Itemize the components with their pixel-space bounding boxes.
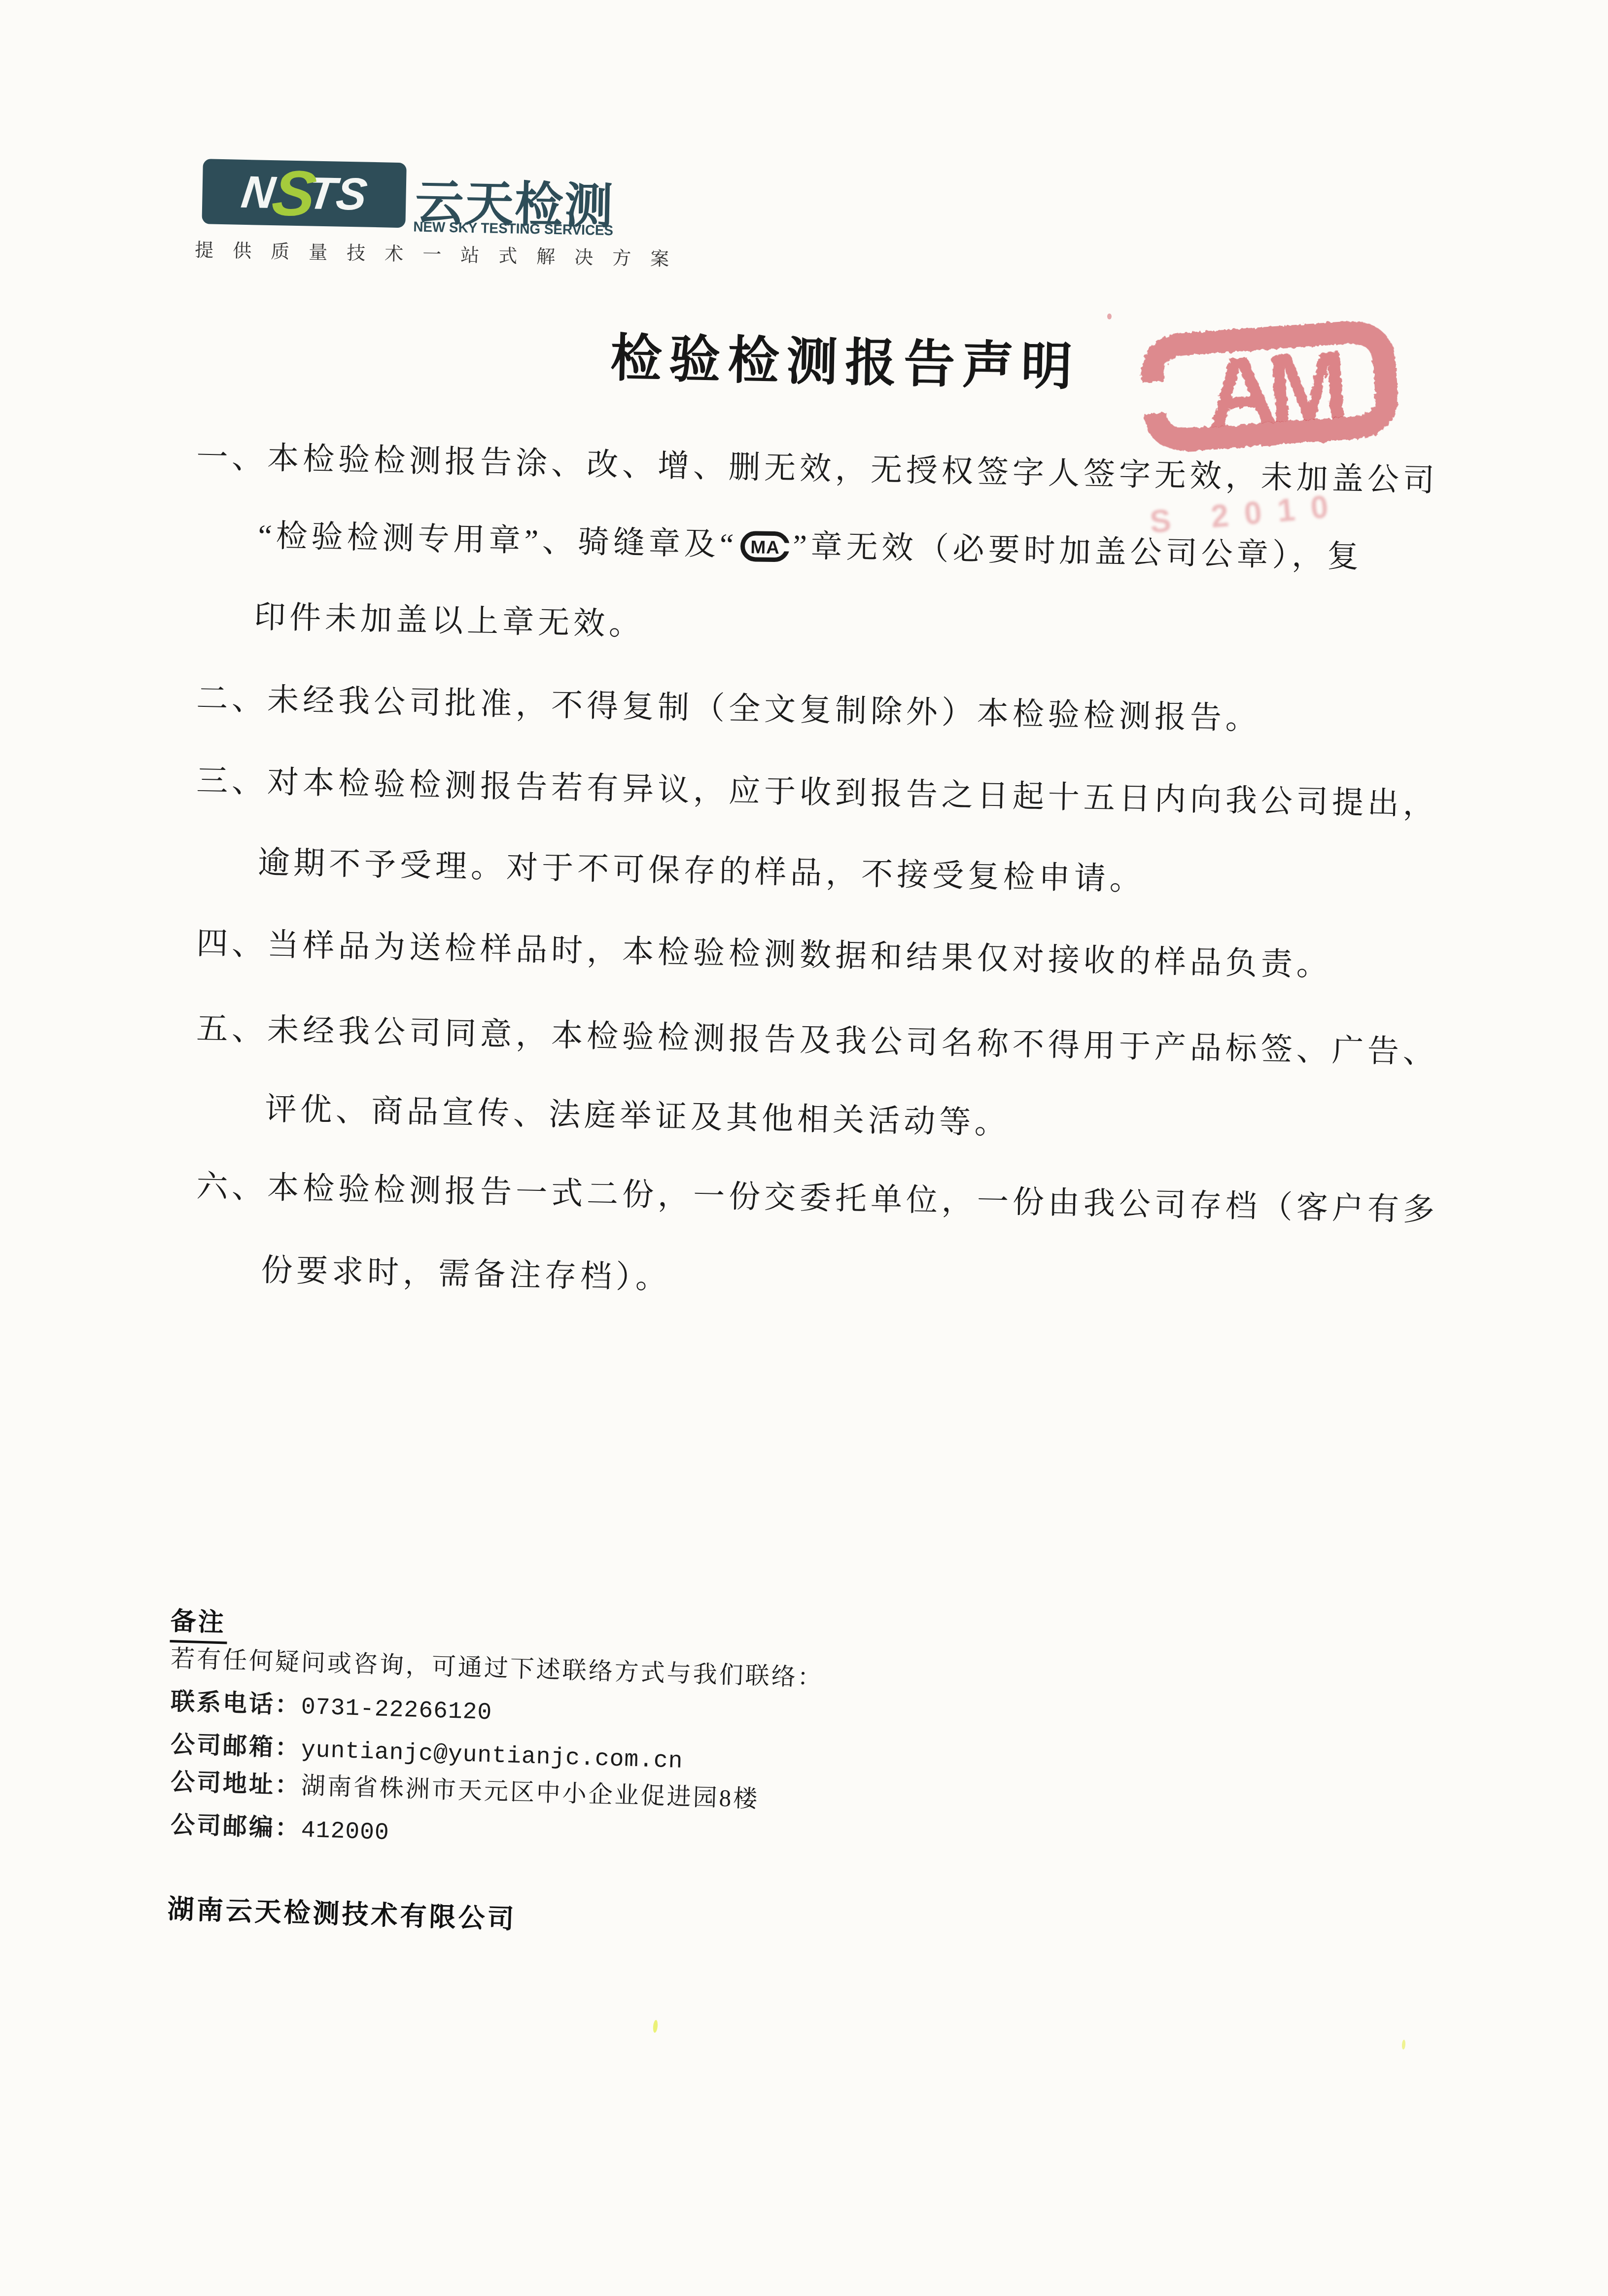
stamp-letters: AM <box>1202 330 1354 448</box>
contact-email: 公司邮箱：yuntianjc@yuntianjc.com.cn <box>170 1730 683 1776</box>
page-title: 检验检测报告声明 <box>610 316 1081 399</box>
address-value: 湖南省株洲市天元区中小企业促进园8楼 <box>301 1772 760 1813</box>
email-label: 公司邮箱： <box>170 1731 302 1762</box>
postcode-label: 公司邮编： <box>170 1811 302 1842</box>
company-name: 湖南云天检测技术有限公司 <box>167 1888 517 1936</box>
cma-seal-letters: MA <box>745 536 786 558</box>
scanned-report-statement-page: NSTS 云天检测 NEW SKY TESTING SERVICES 提供质量技… <box>0 0 1608 2296</box>
cma-seal-icon: MA <box>740 531 790 562</box>
scan-speck-red <box>1107 313 1112 319</box>
notes-intro: 若有任何疑问或咨询，可通过下述联络方式与我们联络： <box>170 1644 824 1692</box>
phone-label: 联系电话： <box>170 1688 302 1719</box>
nsts-logo-badge: NSTS <box>202 159 406 228</box>
statement-4: 四、当样品为送检样品时，本检验检测数据和结果仅对接收的样品负责。 <box>196 925 1332 983</box>
statement-5-line-2: 评优、商品宣传、法庭举证及其他相关活动等。 <box>265 1091 1011 1142</box>
scan-speck-yellow-2 <box>1401 2040 1405 2050</box>
logo-tagline: 提供质量技术一站式解决方案 <box>195 235 689 271</box>
statement-1-line-3: 印件未加盖以上章无效。 <box>254 599 645 643</box>
contact-phone: 联系电话：0731-22266120 <box>170 1687 492 1727</box>
statement-1-line-2-pre: “检验检测专用章”、骑缝章及“ <box>258 518 738 562</box>
scan-speck-yellow-1 <box>653 2020 659 2033</box>
postcode-value: 412000 <box>301 1817 389 1846</box>
statement-6-line-1: 六、本检验检测报告一式二份，一份交委托单位，一份由我公司存档（客户有多 <box>196 1168 1439 1228</box>
logo-english-name: NEW SKY TESTING SERVICES <box>413 219 603 239</box>
cma-seal-notch <box>784 543 791 552</box>
company-logo: NSTS 云天检测 NEW SKY TESTING SERVICES 提供质量技… <box>194 157 738 280</box>
phone-value: 0731-22266120 <box>301 1694 492 1726</box>
email-value: yuntianjc@yuntianjc.com.cn <box>301 1737 683 1775</box>
address-label: 公司地址： <box>170 1768 302 1799</box>
statement-5-line-1: 五、未经我公司同意，本检验检测报告及我公司名称不得用于产品标签、广告、 <box>196 1010 1439 1071</box>
statement-2: 二、未经我公司批准，不得复制（全文复制除外）本检验检测报告。 <box>196 680 1261 737</box>
contact-postcode: 公司邮编：412000 <box>170 1810 389 1847</box>
red-cma-stamp-icon: AM <box>1134 313 1406 459</box>
statement-3-line-2: 逾期不予受理。对于不可保存的样品，不接受复检申请。 <box>258 844 1146 898</box>
statement-1-line-2-post: ”章无效（必要时加盖公司公章），复 <box>793 528 1363 574</box>
logo-letter-s: S <box>333 172 369 217</box>
logo-letter-s-green: S <box>269 166 318 220</box>
notes-heading: 备注 <box>170 1600 228 1644</box>
statement-6-line-2: 份要求时，需备注存档）。 <box>261 1252 671 1296</box>
statement-3-line-1: 三、对本检验检测报告若有异议，应于收到报告之日起十五日内向我公司提出， <box>196 763 1439 823</box>
